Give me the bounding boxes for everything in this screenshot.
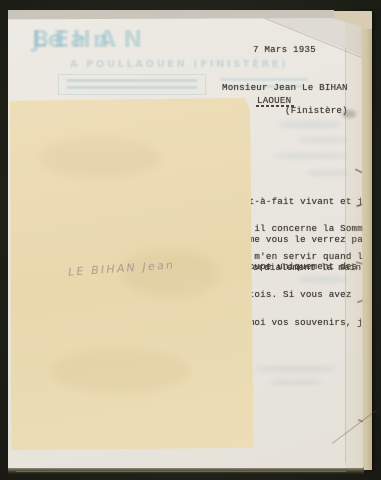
letterhead-subtitle: A POULLAOUEN (FINISTÈRE) <box>48 59 310 70</box>
typed-date: 7 Mars 1935 <box>253 45 316 54</box>
show-through-smudge <box>270 380 322 385</box>
paper-mottle <box>50 348 190 393</box>
page-stack-bottom-highlight <box>16 471 346 472</box>
paper-mottle <box>40 138 160 178</box>
show-through-smudge <box>256 366 336 372</box>
show-through-smudge <box>308 170 348 176</box>
show-through-smudge <box>274 153 348 159</box>
show-through-smudge <box>298 137 348 143</box>
recipient-line-1: Monsieur Jean Le BIHAN <box>222 83 348 92</box>
vertical-crease-band <box>345 18 363 468</box>
letterhead-table-ghost <box>58 74 206 95</box>
recipient-line-2-fragment: LAOUEN <box>257 96 291 105</box>
overlay-paper: LE BIHAN Jean <box>10 98 256 450</box>
ghost-text-line <box>220 78 308 81</box>
pencil-scribble-mark <box>342 110 356 118</box>
letterhead-name-part: BIHAN <box>32 27 149 53</box>
ghost-text-line <box>67 79 197 82</box>
ghost-text-line <box>67 86 197 89</box>
show-through-smudge <box>278 121 342 128</box>
recipient-line-3: (Finistère) <box>285 106 348 115</box>
scanned-letter-page: Jean LE BIHAN A POULLAOUEN (FINISTÈRE) 7… <box>0 0 381 480</box>
